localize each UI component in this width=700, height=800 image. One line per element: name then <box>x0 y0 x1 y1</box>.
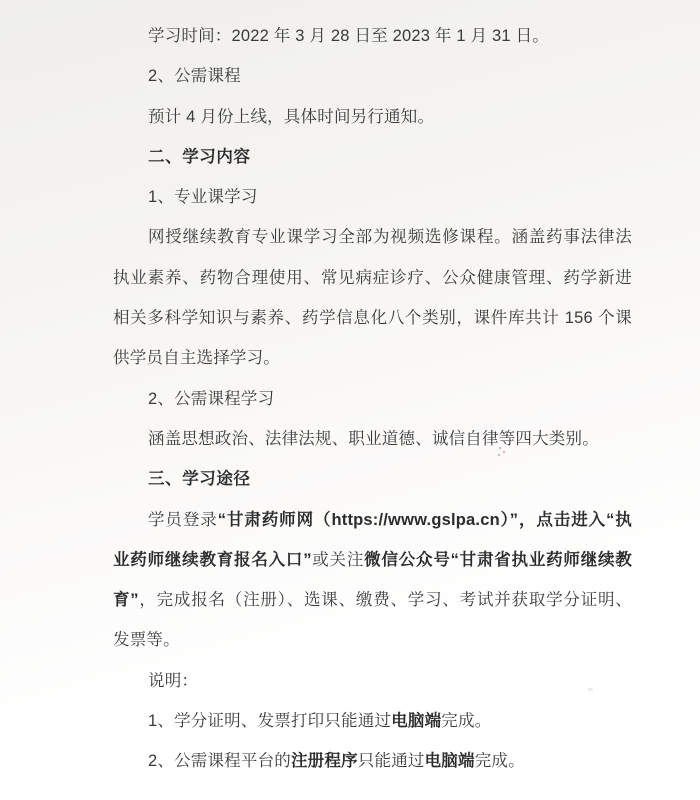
text: 预计 4 月份上线，具体时间另行通知。 <box>148 108 434 126</box>
line-public-course-item: 2、公需课程 <box>113 56 632 96</box>
line-professional-course-item: 1、专业课学习 <box>113 177 632 217</box>
text: 2、公需课程平台的 <box>148 752 291 770</box>
line-note-1: 1、学分证明、发票打印只能通过电脑端完成。 <box>113 701 632 741</box>
line-public-course-categories: 涵盖思想政治、法律法规、职业道德、诚信自律等四大类别。 <box>113 419 632 459</box>
text: 2、公需课程 <box>148 67 241 85</box>
text: ，完成报名（注册）、选课、缴费、学习、考试并获取学分证明、 <box>139 591 632 609</box>
text: 2、公需课程学习 <box>148 390 274 408</box>
text: 供学员自主选择学习。 <box>113 349 280 367</box>
document-body: 学习时间：2022 年 3 月 28 日至 2023 年 1 月 31 日。2、… <box>113 16 632 782</box>
text: 学习时间：2022 年 3 月 28 日至 2023 年 1 月 31 日。 <box>148 27 549 45</box>
text: 发票等。 <box>113 631 180 649</box>
text: 说明： <box>148 672 198 690</box>
para-login-line1: 学员登录“甘肃药师网（https://www.gslpa.cn）”，点击进入“执 <box>113 500 632 540</box>
bold-text: 业药师继续教育报名入口” <box>113 551 312 569</box>
text: 或关注 <box>312 551 364 569</box>
bold-text: 育” <box>113 591 139 609</box>
scan-artifact-gray-icon <box>588 688 593 691</box>
heading-study-content: 二、学习内容 <box>113 137 632 177</box>
text: 相关多科学知识与素养、药学信息化八个类别，课件库共计 156 个课件， <box>113 309 632 338</box>
text: 完成。 <box>475 752 525 770</box>
text: 涵盖思想政治、法律法规、职业道德、诚信自律等四大类别。 <box>148 430 599 448</box>
heading-study-channel: 三、学习途径 <box>113 459 632 499</box>
bold-text: 电脑端 <box>391 712 441 730</box>
line-note-2: 2、公需课程平台的注册程序只能通过电脑端完成。 <box>113 741 632 781</box>
para-professional-course-line4: 供学员自主选择学习。 <box>113 338 632 378</box>
para-login-line3: 育”，完成报名（注册）、选课、缴费、学习、考试并获取学分证明、 <box>113 580 632 620</box>
scan-artifact-pink-icon <box>499 447 501 449</box>
para-professional-course-line2: 执业素养、药物合理使用、常见病症诊疗、公众健康管理、药学新进展、 <box>113 258 632 298</box>
document-page: 学习时间：2022 年 3 月 28 日至 2023 年 1 月 31 日。2、… <box>0 0 700 800</box>
text: 执业素养、药物合理使用、常见病症诊疗、公众健康管理、药学新进展、 <box>113 269 632 298</box>
text: 1、学分证明、发票打印只能通过 <box>148 712 391 730</box>
bold-text: 电脑端 <box>425 752 475 770</box>
text: 完成。 <box>441 712 491 730</box>
text: 学员登录 <box>148 511 218 529</box>
bold-text: 三、学习途径 <box>148 470 251 488</box>
para-professional-course-line1: 网授继续教育专业课学习全部为视频选修课程。涵盖药事法律法规、 <box>113 217 632 257</box>
text: 1、专业课学习 <box>148 188 258 206</box>
para-professional-course-line3: 相关多科学知识与素养、药学信息化八个类别，课件库共计 156 个课件， <box>113 298 632 338</box>
line-note-label: 说明： <box>113 661 632 701</box>
text: 只能通过 <box>358 752 425 770</box>
bold-text: ，点击进入“执 <box>518 511 632 529</box>
line-study-time: 学习时间：2022 年 3 月 28 日至 2023 年 1 月 31 日。 <box>113 16 632 56</box>
line-public-course-study-item: 2、公需课程学习 <box>113 379 632 419</box>
para-login-line2: 业药师继续教育报名入口”或关注微信公众号“甘肃省执业药师继续教 <box>113 540 632 580</box>
bold-text: “甘肃药师网（https://www.gslpa.cn）” <box>218 511 519 529</box>
bold-text: 二、学习内容 <box>148 148 251 166</box>
line-public-course-launch: 预计 4 月份上线，具体时间另行通知。 <box>113 97 632 137</box>
text: 网授继续教育专业课学习全部为视频选修课程。涵盖药事法律法规、 <box>148 228 632 257</box>
bold-text: 微信公众号“甘肃省执业药师继续教 <box>364 551 632 569</box>
bold-text: 注册程序 <box>291 752 358 770</box>
para-login-line4: 发票等。 <box>113 620 632 660</box>
